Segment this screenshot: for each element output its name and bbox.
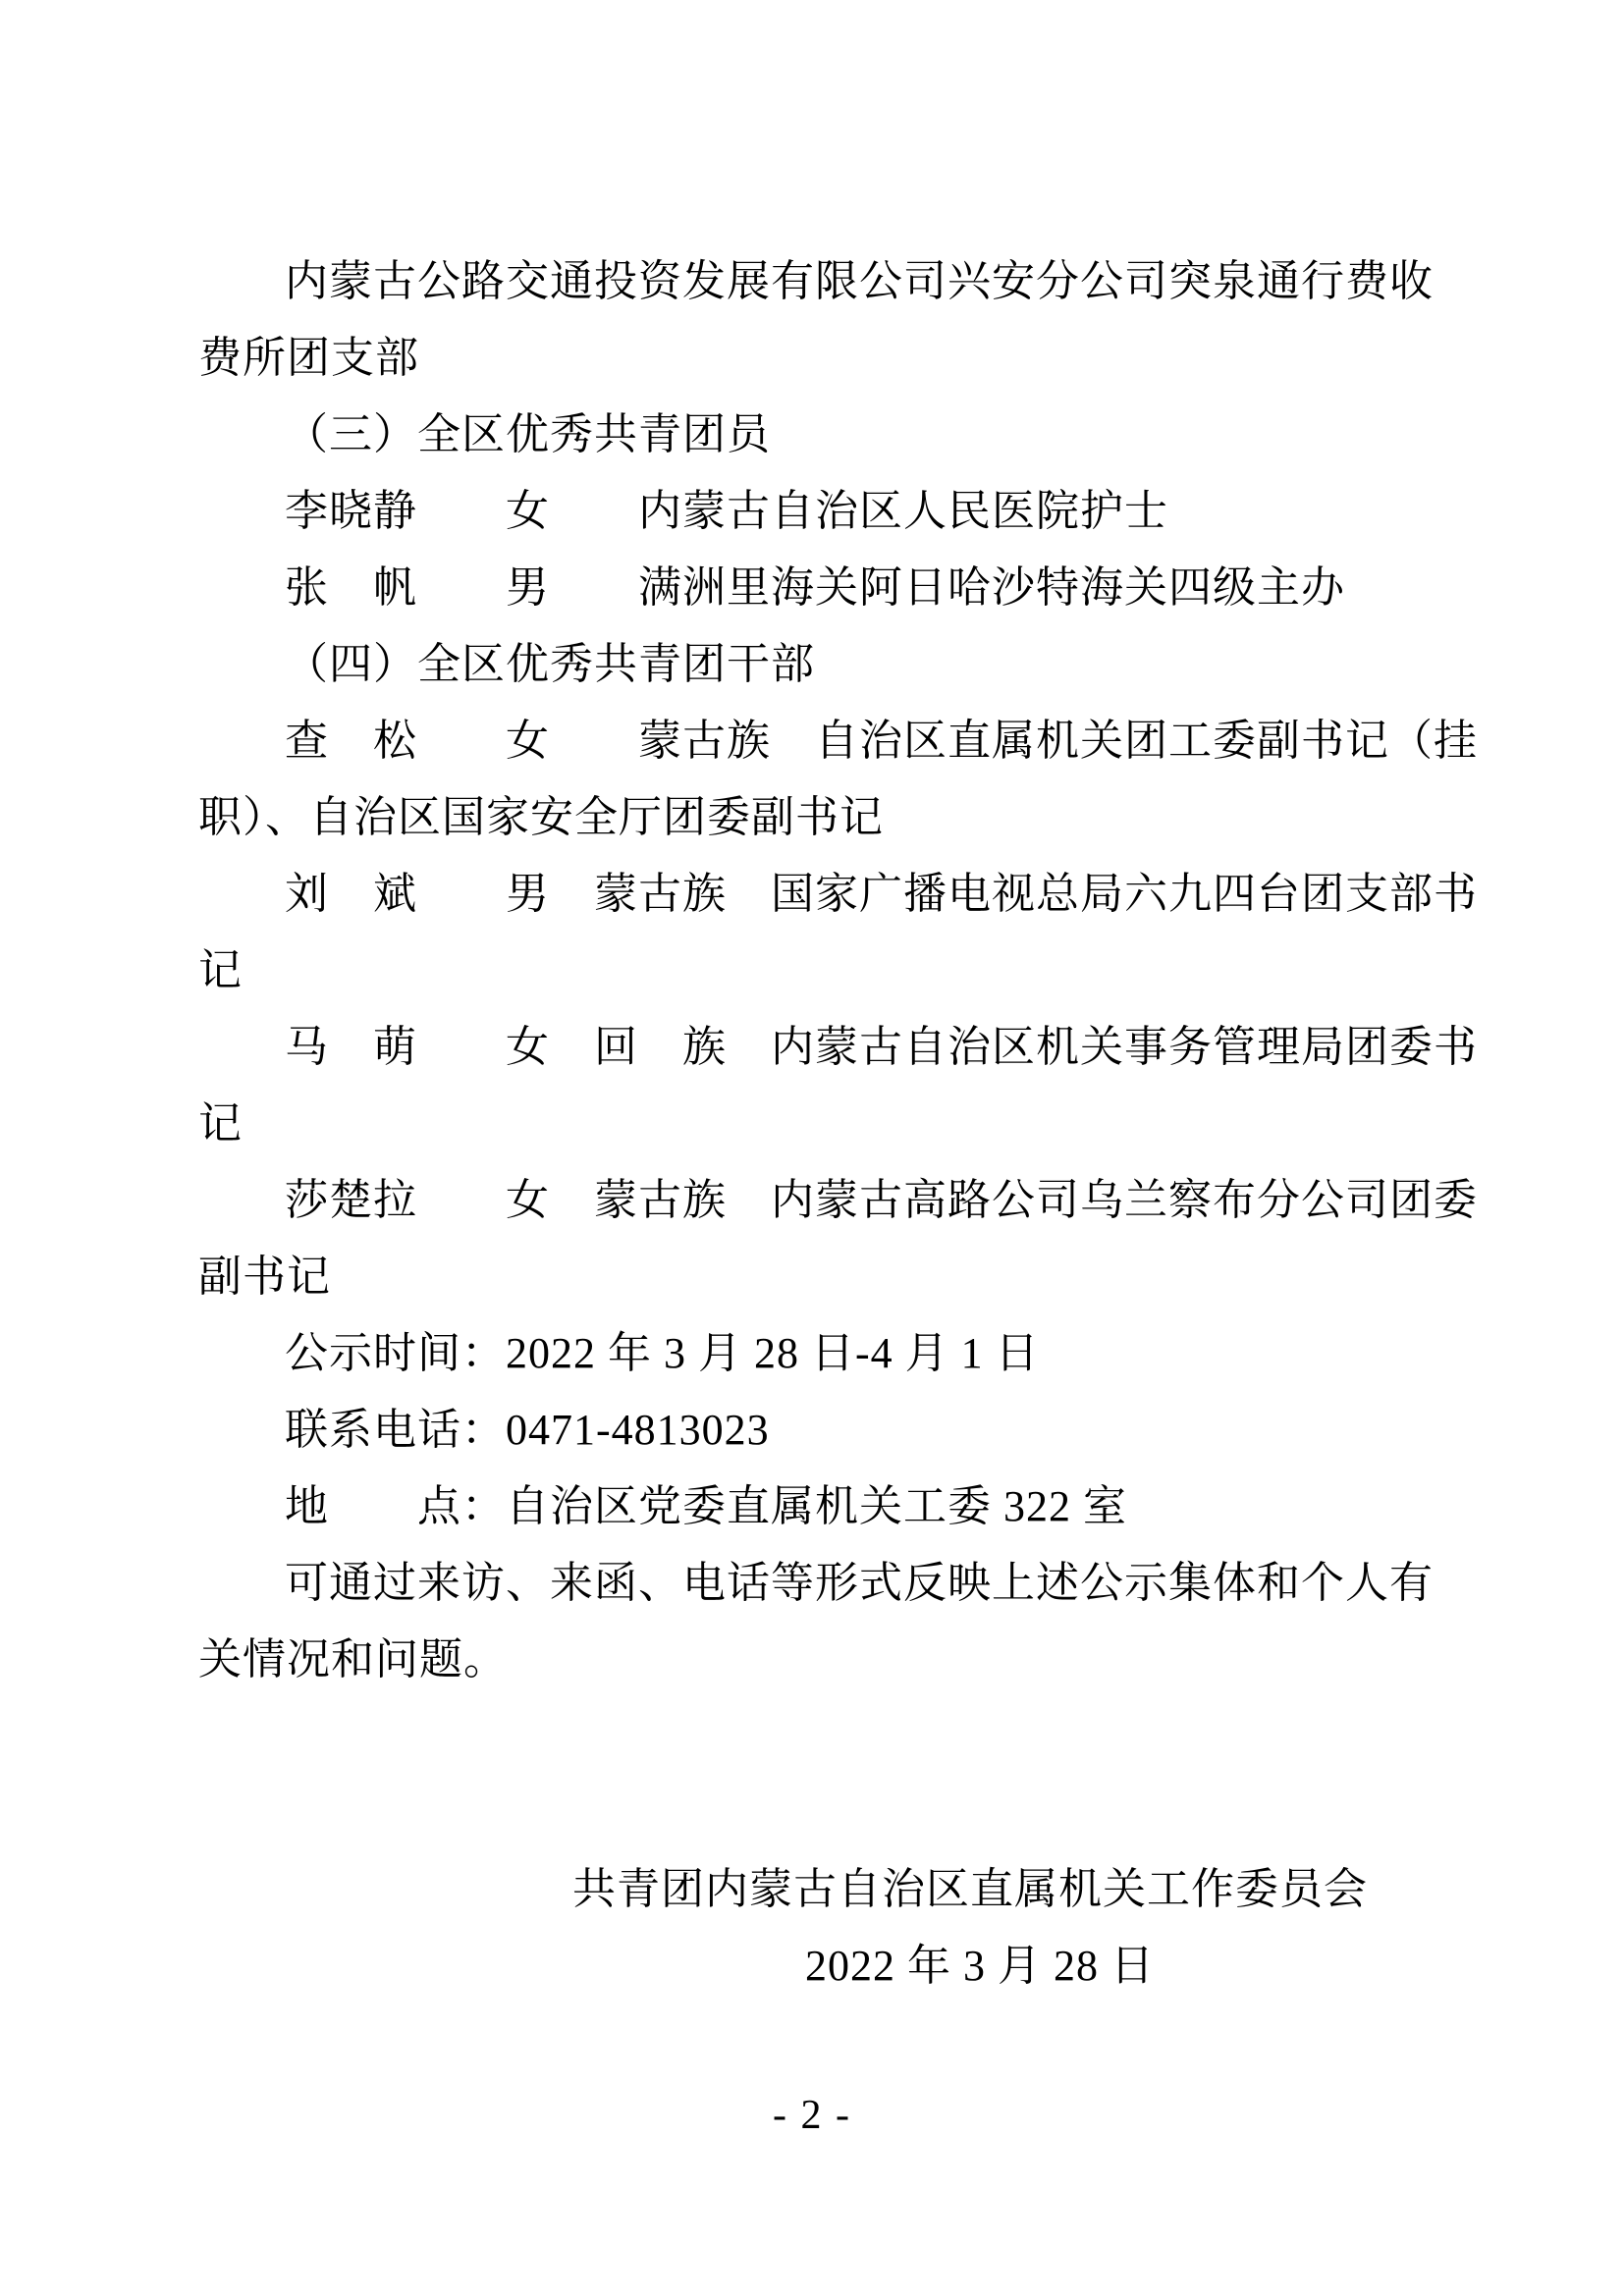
document-line: （四）全区优秀共青团干部 bbox=[198, 626, 1485, 703]
document-line bbox=[198, 1775, 1485, 1851]
document-line: 莎楚拉 女 蒙古族 内蒙古高路公司乌兰察布分公司团委 bbox=[198, 1162, 1485, 1239]
document-line: 共青团内蒙古自治区直属机关工作委员会 bbox=[198, 1851, 1485, 1928]
document-line: 费所团支部 bbox=[198, 320, 1485, 397]
document-line: 副书记 bbox=[198, 1239, 1485, 1315]
document-line: 内蒙古公路交通投资发展有限公司兴安分公司突泉通行费收 bbox=[198, 243, 1485, 320]
document-body: 内蒙古公路交通投资发展有限公司兴安分公司突泉通行费收费所团支部（三）全区优秀共青… bbox=[198, 243, 1485, 2004]
document-line: 联系电话：0471-4813023 bbox=[198, 1392, 1485, 1468]
document-line: （三）全区优秀共青团员 bbox=[198, 397, 1485, 473]
document-line: 马 萌 女 回 族 内蒙古自治区机关事务管理局团委书 bbox=[198, 1009, 1485, 1086]
document-line: 张 帆 男 满洲里海关阿日哈沙特海关四级主办 bbox=[198, 550, 1485, 626]
document-line bbox=[198, 1698, 1485, 1775]
document-line: 关情况和问题。 bbox=[198, 1622, 1485, 1698]
document-line: 记 bbox=[198, 1086, 1485, 1162]
document-line: 2022 年 3 月 28 日 bbox=[198, 1928, 1485, 2004]
document-line: 刘 斌 男 蒙古族 国家广播电视总局六九四台团支部书 bbox=[198, 856, 1485, 933]
document-line: 职）、自治区国家安全厅团委副书记 bbox=[198, 779, 1485, 856]
document-line: 地 点：自治区党委直属机关工委 322 室 bbox=[198, 1468, 1485, 1545]
document-line: 公示时间：2022 年 3 月 28 日-4 月 1 日 bbox=[198, 1315, 1485, 1392]
document-line: 查 松 女 蒙古族 自治区直属机关团工委副书记（挂 bbox=[198, 703, 1485, 779]
page-number: - 2 - bbox=[0, 2077, 1624, 2154]
document-line: 李晓静 女 内蒙古自治区人民医院护士 bbox=[198, 473, 1485, 550]
document-line: 记 bbox=[198, 933, 1485, 1009]
document-line: 可通过来访、来函、电话等形式反映上述公示集体和个人有 bbox=[198, 1545, 1485, 1622]
document-page: 内蒙古公路交通投资发展有限公司兴安分公司突泉通行费收费所团支部（三）全区优秀共青… bbox=[0, 0, 1624, 2296]
